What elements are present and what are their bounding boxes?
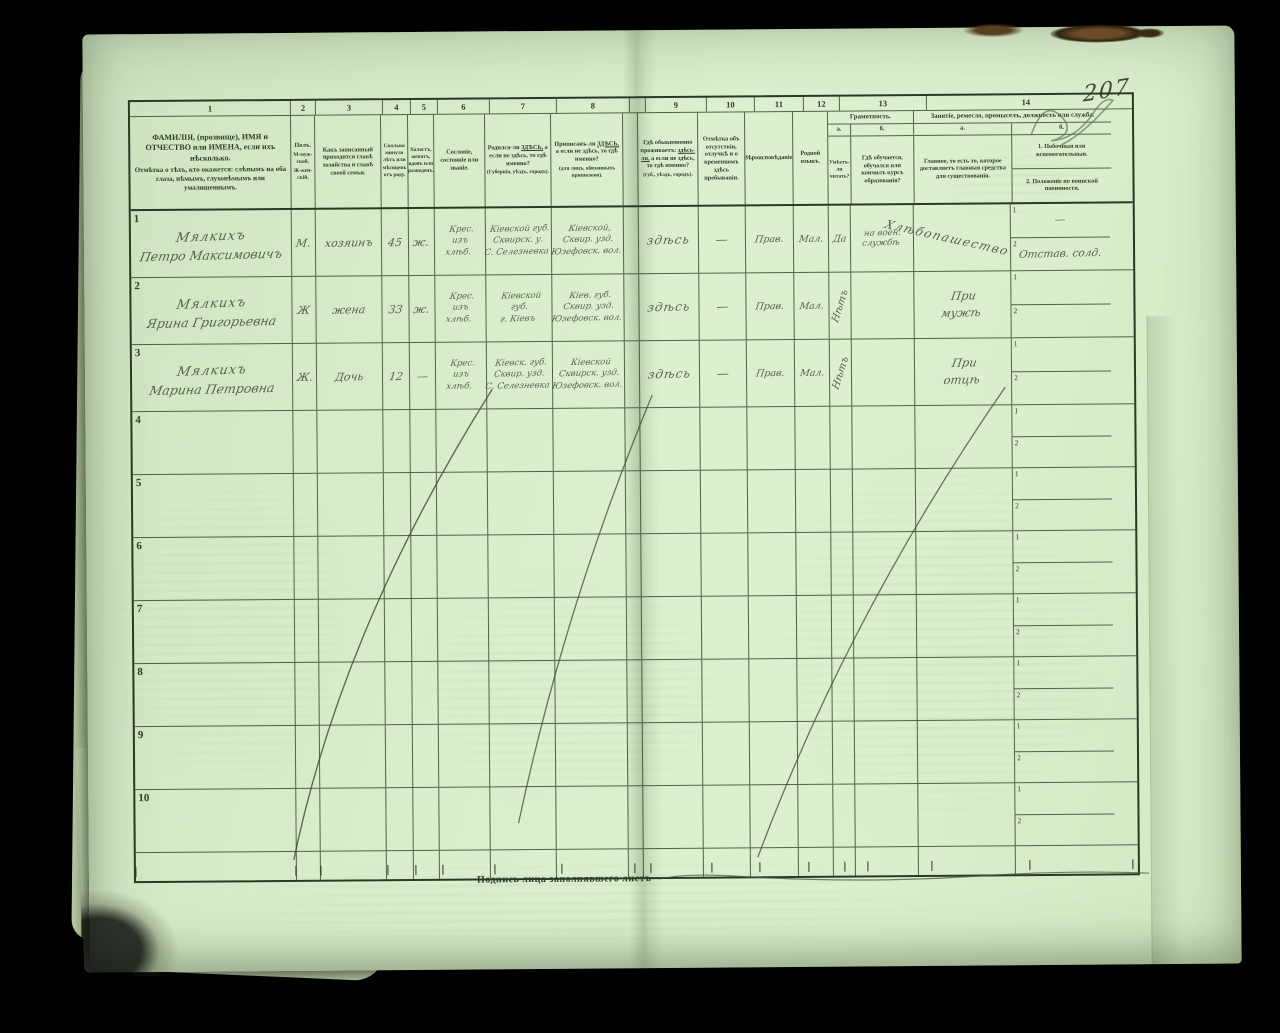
census-sheet: 207 1 2 3 4 5 6 7 8 9 10 11 12 13 14 [82,25,1241,972]
row-number: 4 [135,414,141,426]
cell-sex: М. [291,210,316,276]
row-number: 3 [135,347,141,359]
fold-gap [624,341,640,407]
col-number-2: 2 [290,101,315,115]
cell-estate [435,409,486,471]
cell-literacy-a: Нѣтъ [829,340,852,406]
cell-occupation-main [914,405,1011,468]
cell-absence [701,596,748,658]
signature-label: Подпись лица заполнявшего листъ [477,873,651,885]
row-number: 9 [138,729,144,741]
col-number-13: 13 [839,96,926,111]
side-occupation-1: 1 [1015,719,1114,750]
cell-marital [410,536,436,598]
signature-flourish [655,865,1155,885]
cell-religion [749,785,797,847]
table-row: 3 Мялкихъ Марина Петровна Ж. Дочь 12 — К… [132,336,1134,411]
cell-language [795,470,830,532]
cell-occupation-main [917,783,1014,846]
cell-residence [640,471,700,533]
cell-birthplace [487,535,553,598]
cell-registration [554,660,626,723]
cell-language [797,785,832,847]
table-row: 6 1 [133,529,1135,600]
cell-religion [748,659,796,721]
worn-corner [81,890,178,977]
cell-literacy-b [850,272,914,338]
cell-literacy-b [852,469,915,531]
cell-sex [295,726,319,788]
cell-age [384,599,411,661]
cell-literacy-b [852,532,915,594]
side-occupation-1: 1 [1012,404,1111,435]
table-row: 7 1 [134,592,1136,663]
cell-literacy-a: Нѣтъ [828,273,851,339]
cell-name: 2 Мялкихъ Ярина Григорьевна [131,277,292,344]
cell-literacy-b [854,784,917,846]
cell-birthplace [488,661,554,724]
cell-literacy-a: Да [828,206,851,272]
cell-language [796,596,831,658]
cell-age [382,410,409,472]
cell-relation: Дочь [316,343,383,410]
header-name-column: ФАМИЛІЯ, (прозвище), ИМЯ и ОТЧЕСТВО или … [130,116,291,209]
photo-stage: { "palette": { "paper_color": "#d9ecca",… [0,0,1280,1033]
military-status: 2 [1013,498,1112,530]
cell-relation: хозяинъ [315,209,382,276]
fold-gap [625,471,640,533]
fold-gap [627,723,642,785]
cell-relation: жена [315,276,382,343]
cell-literacy-b [854,721,917,783]
cell-literacy-b [851,339,915,405]
cell-literacy-a [830,470,852,532]
cell-sex [294,663,318,725]
cell-birthplace [486,409,552,472]
table-body: 1 Мялкихъ Петро Максимовичъ М. хозяинъ 4… [131,203,1138,852]
row-number: 1 [134,213,140,225]
cell-name: 6 [133,537,293,600]
header-religion-column: Вѣроисповѣданіе. [744,112,793,204]
cell-name: 8 [134,663,294,726]
col-number-4: 4 [382,100,410,114]
col-number-8: 8 [556,98,629,113]
cell-birthplace: Кіевск. губ. Сквир. узд. С. Селезневка [486,342,553,409]
cell-residence [642,723,702,785]
cell-residence [642,786,702,848]
cell-sex [292,411,316,473]
col-number-12: 12 [803,97,839,111]
cell-absence: — [698,273,746,339]
cell-birthplace [489,724,555,787]
cell-sex: Ж. [292,344,317,410]
table-row: 2 Мялкихъ Ярина Григорьевна Ж жена 33 ж.… [131,269,1133,344]
table-row: 8 1 [134,655,1136,726]
row-number: 8 [137,666,143,678]
torn-edge [1134,28,1164,38]
cell-literacy-b [853,595,916,657]
fold-gap [626,660,641,722]
cell-birthplace [487,472,553,535]
fold-gap [627,786,642,848]
military-status: 2 [1014,561,1113,593]
cell-estate: Крес. изъ хлѣб. [434,275,486,341]
cell-absence [700,470,747,532]
cell-name: 9 [135,726,295,789]
cell-marital: ж. [408,276,435,342]
cell-occupation-side: 1 2 [1012,530,1112,593]
cell-religion: Прав. [746,340,795,406]
military-status: 2 Отстав. солд. [1011,236,1110,270]
cell-age: 45 [381,209,409,275]
cell-religion: Прав. [745,273,794,339]
cell-relation [317,536,383,599]
header-literacy-b: б. Гдѣ обучается, обучался или кончилъ к… [850,125,914,204]
col-number-3: 3 [315,100,382,115]
cell-absence [702,785,749,847]
cell-occupation-side: 1 2 [1014,782,1114,845]
header-age-column: Сколько минуло лѣтъ или мѣсяцевъ отъ род… [380,115,408,207]
header-literacy-group: Грамотность. а. Умѣетъ-ли читать? б. Гдѣ… [827,111,914,204]
cell-occupation-main [917,720,1014,783]
col-number-7: 7 [489,99,556,114]
cell-age [383,473,410,535]
military-status: 2 [1015,750,1114,782]
cell-sex [293,537,317,599]
table-row: 5 1 [133,466,1135,537]
cell-name: 3 Мялкихъ Марина Петровна [132,344,293,411]
cell-estate: Крес. изъ хлѣб. [434,208,486,274]
cell-language: Мал. [793,206,829,272]
cell-marital [409,410,435,472]
fold-gap [623,207,639,273]
header-language-column: Родной языкъ. [792,112,828,204]
military-status: 2 [1012,370,1111,404]
cell-occupation-side: 1 2 [1013,656,1113,719]
fold-gap [629,98,645,112]
side-occupation-1: 1 [1013,530,1112,561]
fold-gap [625,534,640,596]
cell-age [385,725,412,787]
cell-residence [640,534,700,596]
table-row: 9 1 [135,718,1137,789]
cell-relation [318,662,384,725]
cell-sex [293,474,317,536]
cell-occupation-main [915,468,1012,531]
header-absence-column: Отмѣтка объ отсутствіи, отлучкѣ и о врем… [697,112,745,204]
cell-relation [319,788,385,851]
col-number-5: 5 [410,100,437,114]
row-number: 5 [136,477,142,489]
cell-residence: здѣсь [638,274,699,340]
cell-occupation-side: 1 2 [1013,593,1113,656]
header-occupation-main: а. Главное, то есть то, которое доставля… [914,124,1012,203]
side-occupation-1: 1 [1014,656,1113,687]
cell-estate: Крес. изъ хлѣб. [435,342,487,408]
cell-estate [436,535,487,597]
cell-registration: Кіевской Сквирск. узд. Юзефовск. вол. [552,341,625,408]
cell-occupation-main: При отцѣ [914,338,1012,405]
census-table: 1 2 3 4 5 6 7 8 9 10 11 12 13 14 ФАМИЛІЯ… [128,92,1140,883]
fold-gap [622,113,638,205]
cell-language [796,659,831,721]
cell-name: 4 [132,411,292,474]
side-occupation-1: 1 [1012,337,1111,370]
cell-language [794,407,829,469]
header-residence-column: Гдѣ обыкновенно проживаетъ: здѣсь-ли, а … [637,113,698,205]
cell-age: 33 [381,276,409,342]
col-number-1: 1 [130,101,290,116]
cell-name: 7 [134,600,294,663]
cell-religion [747,470,795,532]
cell-marital: ж. [408,209,435,275]
row-number: 10 [138,792,149,804]
cell-literacy-b [851,406,914,468]
cell-religion [749,722,797,784]
fold-gap [623,274,639,340]
side-occupation-1: 1 [1015,782,1114,813]
cell-literacy-a [829,407,851,469]
military-status: 2 [1011,303,1110,337]
cell-name: 1 Мялкихъ Петро Максимовичъ [131,210,292,277]
table-row: 4 1 [132,403,1134,474]
cell-occupation-main: При мужѣ [913,271,1011,338]
cell-relation [319,725,385,788]
cell-language [795,533,830,595]
side-occupation-1: 1 [1011,270,1110,303]
cell-religion [747,533,795,595]
header-relation-column: Какъ записанный приходится главѣ хозяйст… [314,115,381,208]
cell-marital [412,725,438,787]
cell-marital [411,599,437,661]
cell-literacy-b [853,658,916,720]
cell-language: Мал. [794,340,830,406]
cell-absence [701,659,748,721]
cell-registration [552,408,624,471]
cell-religion [748,596,796,658]
cell-residence: здѣсь [638,207,699,273]
cell-estate [438,724,489,786]
cell-residence [641,597,701,659]
torn-edge [962,23,1024,37]
cell-occupation-main: Хлѣбопашество [913,204,1011,271]
cell-relation [318,599,384,662]
cell-absence: — [698,206,746,272]
cell-religion: Прав. [745,206,794,272]
cell-occupation-side: 1 2 [1011,404,1111,467]
table-header: ФАМИЛІЯ, (прозвище), ИМЯ и ОТЧЕСТВО или … [130,109,1133,211]
cell-estate [436,472,487,534]
cell-residence: здѣсь [639,341,700,407]
cell-occupation-main [916,657,1013,720]
table-row: 10 1 [135,781,1137,852]
cell-sex: Ж [291,277,316,343]
cell-literacy-a [830,533,852,595]
cell-birthplace: Кіевской губ. г. Кіевъ [485,275,552,342]
cell-absence [699,407,746,469]
cell-sex [295,789,319,851]
cell-marital [411,662,437,724]
military-status: 2 [1015,813,1114,845]
cell-marital [412,788,438,850]
row-number: 6 [136,540,142,552]
cell-language: Мал. [793,273,829,339]
cell-marital: — [409,343,436,409]
cell-occupation-main [916,594,1013,657]
cell-residence [641,660,701,722]
military-status: 2 [1014,687,1113,719]
header-occupation-side: б. 1. Побочныя или вспомогательныя. 2. П… [1011,123,1112,202]
cell-registration [553,471,625,534]
cell-religion [746,407,794,469]
cell-relation [317,473,383,536]
cell-literacy-b: на воен. службѣ [850,205,914,271]
cell-marital [410,473,436,535]
cell-estate [438,787,489,849]
cell-occupation-side: 1 2 [1012,467,1112,530]
cell-birthplace [488,598,554,661]
header-occupation-group: Занятіе, ремесло, промыселъ, должность и… [913,109,1112,203]
row-number: 7 [137,603,143,615]
row-number: 2 [134,280,140,292]
cell-registration [555,723,627,786]
cell-age [385,788,412,850]
col-number-6: 6 [437,99,489,113]
cell-absence [702,722,749,784]
col-number-14: 14 [926,94,1125,110]
cell-occupation-side: 1 — 2 Отстав. солд. [1010,203,1111,270]
header-sex-column: Полъ. М-муж-ской. Ж-жен-скій. [290,116,315,208]
cell-name: 5 [133,474,293,537]
cell-age [384,662,411,724]
cell-residence [639,408,699,470]
cell-registration [554,597,626,660]
col-number-9: 9 [645,98,706,112]
side-occupation-1: 1 — [1011,203,1110,236]
cell-registration [555,786,627,849]
military-status: 2 [1013,435,1112,467]
cell-language [797,722,832,784]
torn-edge [1050,24,1146,43]
cell-registration: Кіев. губ. Сквир. узд. Юзефовск. вол. [551,274,624,341]
table-row: 1 Мялкихъ Петро Максимовичъ М. хозяинъ 4… [131,203,1133,277]
col-number-10: 10 [706,97,754,111]
cell-literacy-a [831,659,853,721]
cell-occupation-side: 1 2 [1011,337,1112,404]
cell-literacy-a [832,784,854,846]
cell-sex [294,600,318,662]
cell-age [383,536,410,598]
military-status: 2 [1014,624,1113,656]
header-marital-column: Холостъ, женатъ, вдовъ или разведенъ. [407,115,434,207]
cell-registration [553,534,625,597]
fold-gap [624,408,639,470]
cell-estate [437,598,488,660]
cell-birthplace: Кіевской губ. Сквирск. у. С. Селезневка [485,208,552,275]
cell-registration: Кіевской, Сквир. узд. Юзефовск. вол. [551,207,624,274]
cell-estate [437,661,488,723]
cell-literacy-a [831,596,853,658]
cell-absence [700,533,747,595]
side-occupation-1: 1 [1013,467,1112,498]
header-literacy-a: а. Умѣетъ-ли читать? [828,125,851,204]
cell-age: 12 [382,343,410,409]
header-estate-column: Сословіе, состояніе или званіе. [433,114,485,206]
fold-gap [626,597,641,659]
cell-occupation-main [915,531,1012,594]
col-number-11: 11 [754,97,803,111]
side-occupation-1: 1 [1014,593,1113,624]
cell-occupation-side: 1 2 [1014,719,1114,782]
header-registration-column: Приписанъ-ли ЗДѢСЬ, а если не здѣсь, то … [550,113,623,206]
cell-relation [316,410,382,473]
cell-birthplace [489,787,555,850]
cell-occupation-side: 1 2 [1010,270,1111,337]
header-birthplace-column: Родился-ли ЗДѢСЬ, а если не здѣсь, то гд… [484,114,551,207]
cell-absence: — [699,340,747,406]
cell-name: 10 [135,789,295,852]
cell-literacy-a [832,722,854,784]
